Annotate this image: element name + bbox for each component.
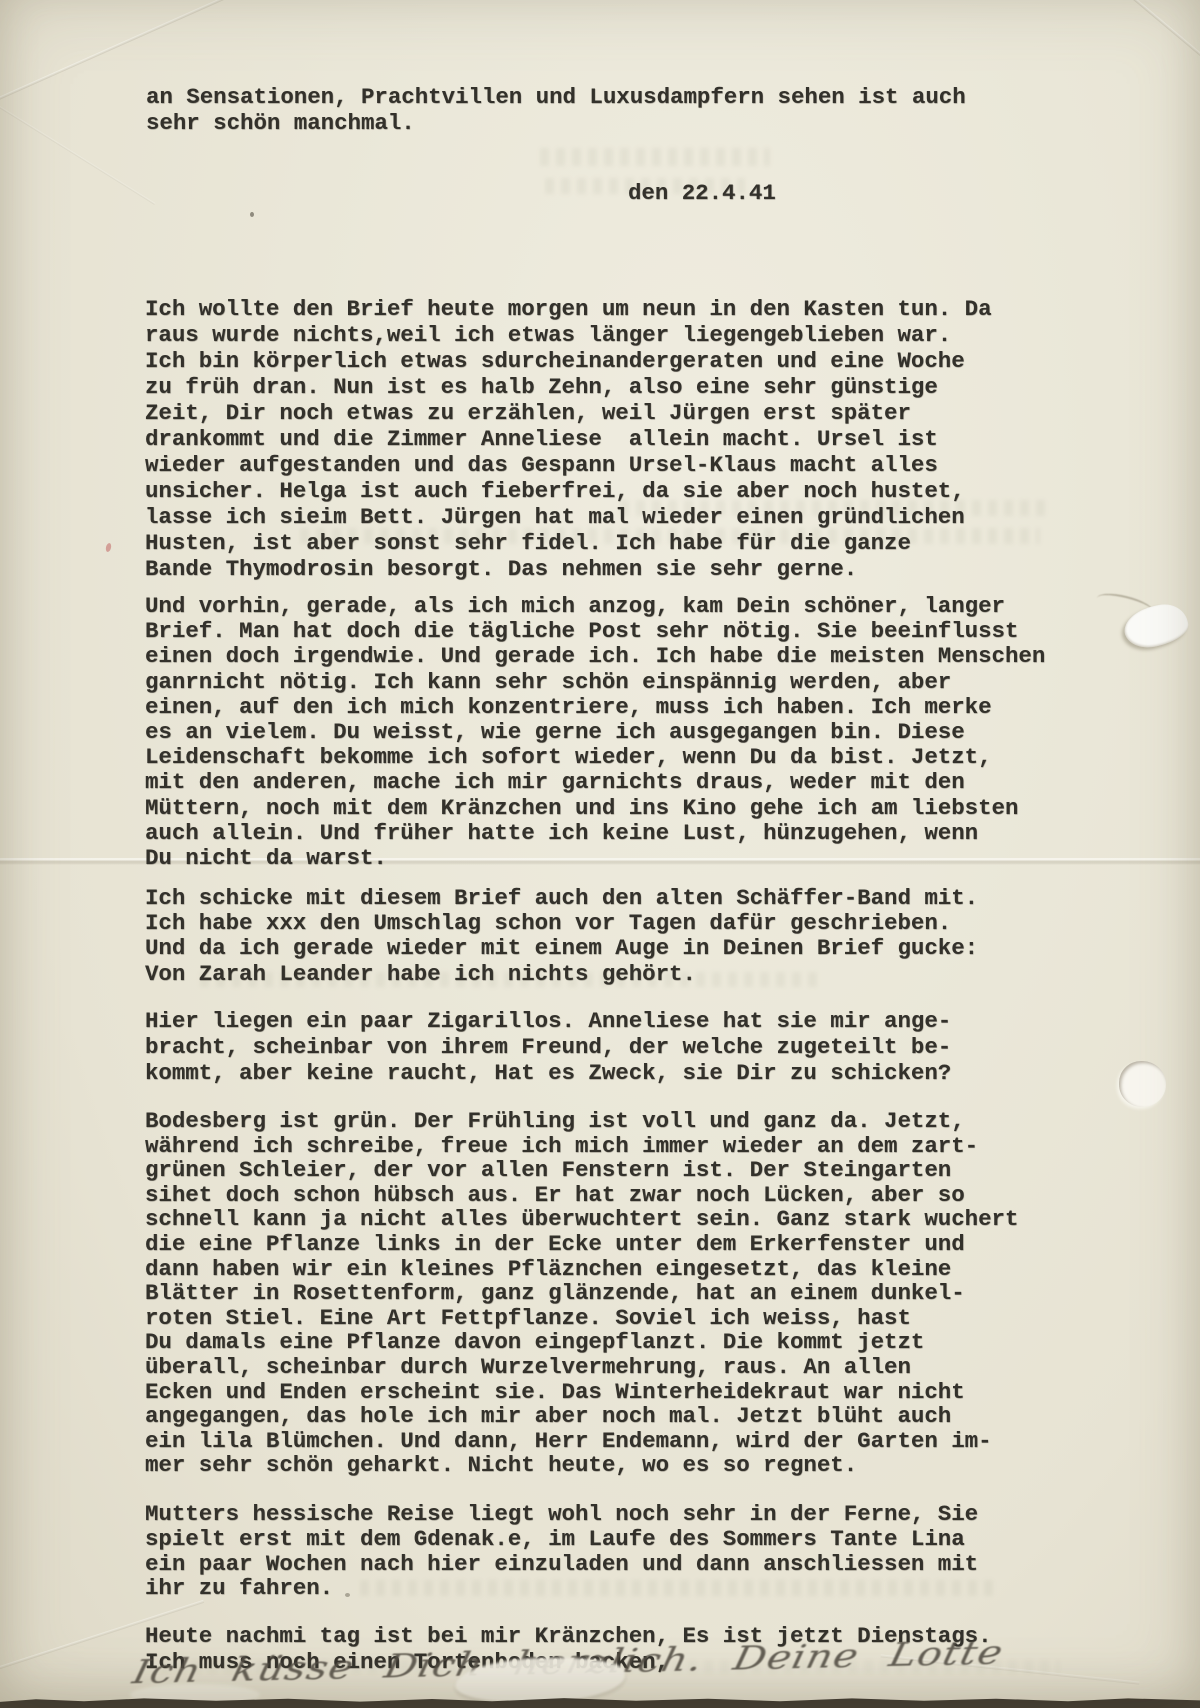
typed-line: sihet doch schon hübsch aus. Er hat zwar… [145, 1183, 1018, 1208]
crease-top-right [1111, 0, 1200, 104]
typed-line: Bodesberg ist grün. Der Frühling ist vol… [145, 1109, 1018, 1134]
typed-line: Hier liegen ein paar Zigarillos. Annelie… [145, 1009, 951, 1035]
typed-line: bracht, scheinbar von ihrem Freund, der … [145, 1035, 951, 1061]
typed-line: mit den anderen, mache ich mir garnichts… [145, 770, 1045, 795]
letter-opening: an Sensationen, Prachtvillen und Luxusda… [146, 84, 966, 136]
paragraph-1: Ich wollte den Brief heute morgen um neu… [145, 296, 992, 582]
red-pencil-mark [105, 543, 112, 553]
typed-line: unsicher. Helga ist auch fieberfrei, da … [145, 478, 992, 504]
typed-line: Blätter in Rosettenform, ganz glänzende,… [145, 1281, 1018, 1306]
paper-sheet: an Sensationen, Prachtvillen und Luxusda… [0, 0, 1200, 1708]
typed-line: mer sehr schön geharkt. Nicht heute, wo … [145, 1453, 1018, 1478]
typed-line: Ich habe xxx den Umschlag schon vor Tage… [145, 911, 978, 936]
typed-line: Ecken und Enden erscheint sie. Das Winte… [145, 1380, 1018, 1405]
typed-line: Leidenschaft bekomme ich sofort wieder, … [145, 745, 1045, 770]
typed-line: dann haben wir ein kleines Pfläznchen ei… [145, 1257, 1018, 1282]
typed-line: ein lila Blümchen. Und dann, Herr Endema… [145, 1429, 1018, 1454]
typed-line: roten Stiel. Eine Art Fettpflanze. Sovie… [145, 1306, 1018, 1331]
scanned-letter: an Sensationen, Prachtvillen und Luxusda… [0, 0, 1200, 1708]
letter-date: den 22.4.41 [628, 180, 776, 206]
ink-speck [250, 212, 254, 217]
paragraph-5: Bodesberg ist grün. Der Frühling ist vol… [145, 1109, 1018, 1478]
typed-line: an Sensationen, Prachtvillen und Luxusda… [146, 84, 966, 110]
typed-line: Müttern, noch mit dem Kränzchen und ins … [145, 796, 1045, 821]
paragraph-3: Ich schicke mit diesem Brief auch den al… [145, 886, 978, 987]
typed-line: ihr zu fahren. [145, 1576, 978, 1601]
typed-line: zu früh dran. Nun ist es halb Zehn, also… [145, 374, 992, 400]
typed-line: Von Zarah Leander habe ich nichts gehört… [145, 962, 978, 987]
typed-line: Du nicht da warst. [145, 846, 1045, 871]
typed-line: lasse ich sieim Bett. Jürgen hat mal wie… [145, 504, 992, 530]
typed-line: Husten, ist aber sonst sehr fidel. Ich h… [145, 530, 992, 556]
typed-line: Zeit, Dir noch etwas zu erzählen, weil J… [145, 400, 992, 426]
typed-line: Du damals eine Pflanze davon eingepflanz… [145, 1330, 1018, 1355]
typed-line: Ich wollte den Brief heute morgen um neu… [145, 296, 992, 322]
punch-hole-right-lower [1119, 1061, 1166, 1107]
typed-line: raus wurde nichts,weil ich etwas länger … [145, 322, 992, 348]
typed-line: drankommt und die Zimmer Anneliese allei… [145, 426, 992, 452]
typed-line: wieder aufgestanden und das Gespann Urse… [145, 452, 992, 478]
typed-line: Mutters hessische Reise liegt wohl noch … [145, 1502, 978, 1527]
typed-line: Ich schicke mit diesem Brief auch den al… [145, 886, 978, 911]
typed-line: es an vielem. Du weisst, wie gerne ich a… [145, 720, 1045, 745]
typed-line: Und da ich gerade wieder mit einem Auge … [145, 936, 978, 961]
typed-line: einen, auf den ich mich konzentriere, mu… [145, 695, 1045, 720]
typed-line: auch allein. Und früher hatte ich keine … [145, 821, 1045, 846]
typed-line: kommt, aber keine raucht, Hat es Zweck, … [145, 1061, 951, 1087]
typed-line: grünen Schleier, der vor allen Fenstern … [145, 1158, 1018, 1183]
typed-line: ganrnicht nötig. Ich kann sehr schön ein… [145, 670, 1045, 695]
typed-line: die eine Pflanze links in der Ecke unter… [145, 1232, 1018, 1257]
typed-line: während ich schreibe, freue ich mich imm… [145, 1134, 1018, 1159]
typed-line: spielt erst mit dem Gdenak.e, im Laufe d… [145, 1527, 978, 1552]
crease-top-left-2 [0, 97, 155, 205]
typed-line: überall, scheinbar durch Wurzelvermehrun… [145, 1355, 1018, 1380]
paragraph-4: Hier liegen ein paar Zigarillos. Annelie… [145, 1009, 951, 1086]
typed-line: schnell kann ja nicht alles überwuchtert… [145, 1207, 1018, 1232]
paragraph-2: Und vorhin, gerade, als ich mich anzog, … [145, 594, 1045, 871]
typed-line: Und vorhin, gerade, als ich mich anzog, … [145, 594, 1045, 619]
typed-line: sehr schön manchmal. [146, 110, 966, 136]
ink-bleedthrough-smudge [540, 148, 770, 166]
typed-line: Brief. Man hat doch die tägliche Post se… [145, 619, 1045, 644]
typed-line: Ich bin körperlich etwas sdurcheinanderg… [145, 348, 992, 374]
typed-line: Bande Thymodrosin besorgt. Das nehmen si… [145, 556, 992, 582]
typed-line: ein paar Wochen nach hier einzuladen und… [145, 1552, 978, 1577]
typed-line: angegangen, das hole ich mir aber noch m… [145, 1404, 1018, 1429]
typed-line: einen doch irgendwie. Und gerade ich. Ic… [145, 644, 1045, 669]
paragraph-6: Mutters hessische Reise liegt wohl noch … [145, 1502, 978, 1601]
